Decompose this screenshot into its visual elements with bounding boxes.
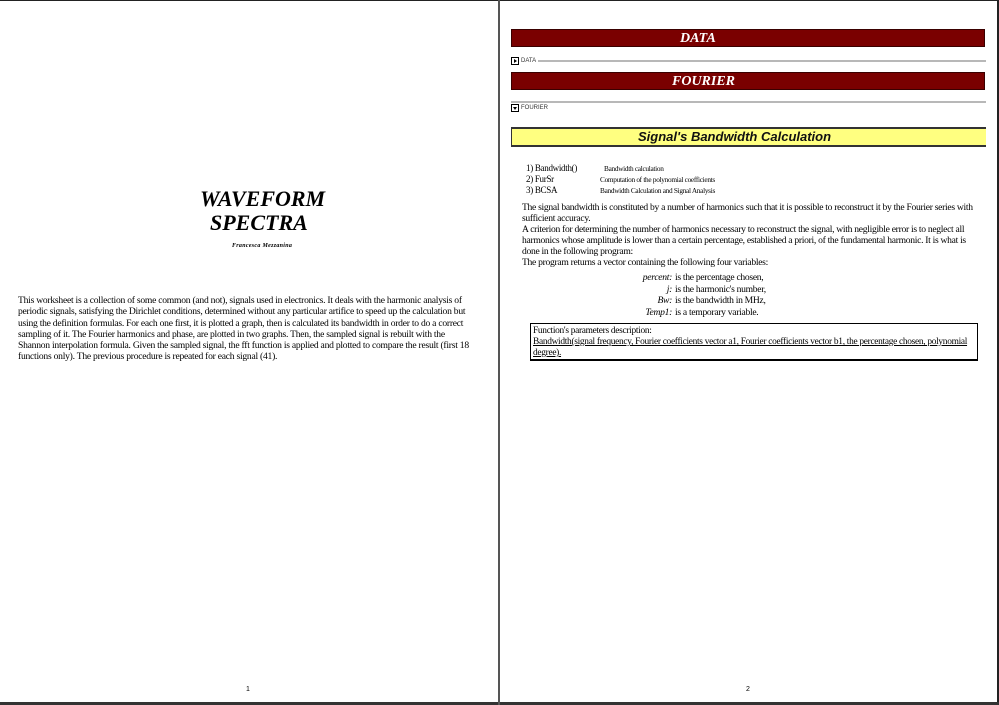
variable-name: Temp1:	[645, 307, 672, 319]
function-description: Bandwidth calculation	[604, 163, 664, 174]
section-title: Signal's Bandwidth Calculation	[638, 129, 831, 145]
fourier-collapse-region[interactable]: FOURIER	[511, 103, 986, 113]
variable-description: is the percentage chosen,	[675, 272, 763, 284]
title-line-1: WAVEFORM	[200, 187, 325, 211]
paragraph: The program returns a vector containing …	[522, 257, 984, 268]
section-header: Signal's Bandwidth Calculation	[511, 127, 986, 147]
paragraph: A criterion for determining the number o…	[522, 224, 984, 257]
function-name: 1) Bandwidth()	[526, 163, 577, 174]
fourier-region-label: FOURIER	[521, 105, 548, 111]
list-item: Temp1: is a temporary variable.	[500, 307, 997, 319]
list-item: Bw: is the bandwidth in MHz,	[500, 295, 997, 307]
function-description: Bandwidth Calculation and Signal Analysi…	[600, 185, 715, 196]
data-section-band: DATA	[511, 29, 985, 47]
variable-name: Bw:	[657, 295, 672, 307]
region-divider	[538, 60, 986, 62]
function-name: 3) BCSA	[526, 185, 557, 196]
data-collapse-region[interactable]: DATA	[511, 56, 986, 66]
parameters-box: Function's parameters description: Bandw…	[530, 323, 978, 361]
variable-description: is a temporary variable.	[675, 307, 758, 319]
page-1: WAVEFORM SPECTRA Francesca Mezzanina Thi…	[0, 0, 498, 702]
list-item: j: is the harmonic's number,	[500, 284, 997, 296]
list-item: percent: is the percentage chosen,	[500, 272, 997, 284]
data-region-label: DATA	[521, 58, 536, 64]
title-line-2: SPECTRA	[200, 211, 325, 235]
author: Francesca Mezzanina	[232, 243, 292, 249]
function-description: Computation of the polynomial coefficien…	[600, 174, 715, 185]
parameters-description: Bandwidth(signal frequency, Fourier coef…	[533, 337, 976, 359]
data-band-title: DATA	[680, 30, 716, 47]
paragraph: The signal bandwidth is constituted by a…	[522, 202, 984, 224]
parameters-title: Function's parameters description:	[533, 326, 976, 337]
expand-arrow-icon[interactable]	[511, 57, 519, 65]
page-number: 1	[246, 686, 250, 693]
function-name: 2) FurSr	[526, 174, 554, 185]
variable-description: is the bandwidth in MHz,	[675, 295, 766, 307]
document-title: WAVEFORM SPECTRA	[200, 187, 325, 235]
body-text: The signal bandwidth is constituted by a…	[522, 202, 984, 268]
intro-paragraph: This worksheet is a collection of some c…	[18, 295, 478, 363]
page-2: DATA DATA FOURIER FOURIER Signal's Bandw…	[500, 0, 997, 702]
region-divider	[511, 101, 986, 103]
variable-description: is the harmonic's number,	[675, 284, 766, 296]
variable-list: percent: is the percentage chosen, j: is…	[500, 272, 997, 318]
collapse-arrow-icon[interactable]	[511, 104, 519, 112]
fourier-section-band: FOURIER	[511, 72, 985, 90]
variable-name: percent:	[643, 272, 672, 284]
variable-name: j:	[667, 284, 672, 296]
page-number: 2	[746, 686, 750, 693]
fourier-band-title: FOURIER	[672, 73, 735, 90]
